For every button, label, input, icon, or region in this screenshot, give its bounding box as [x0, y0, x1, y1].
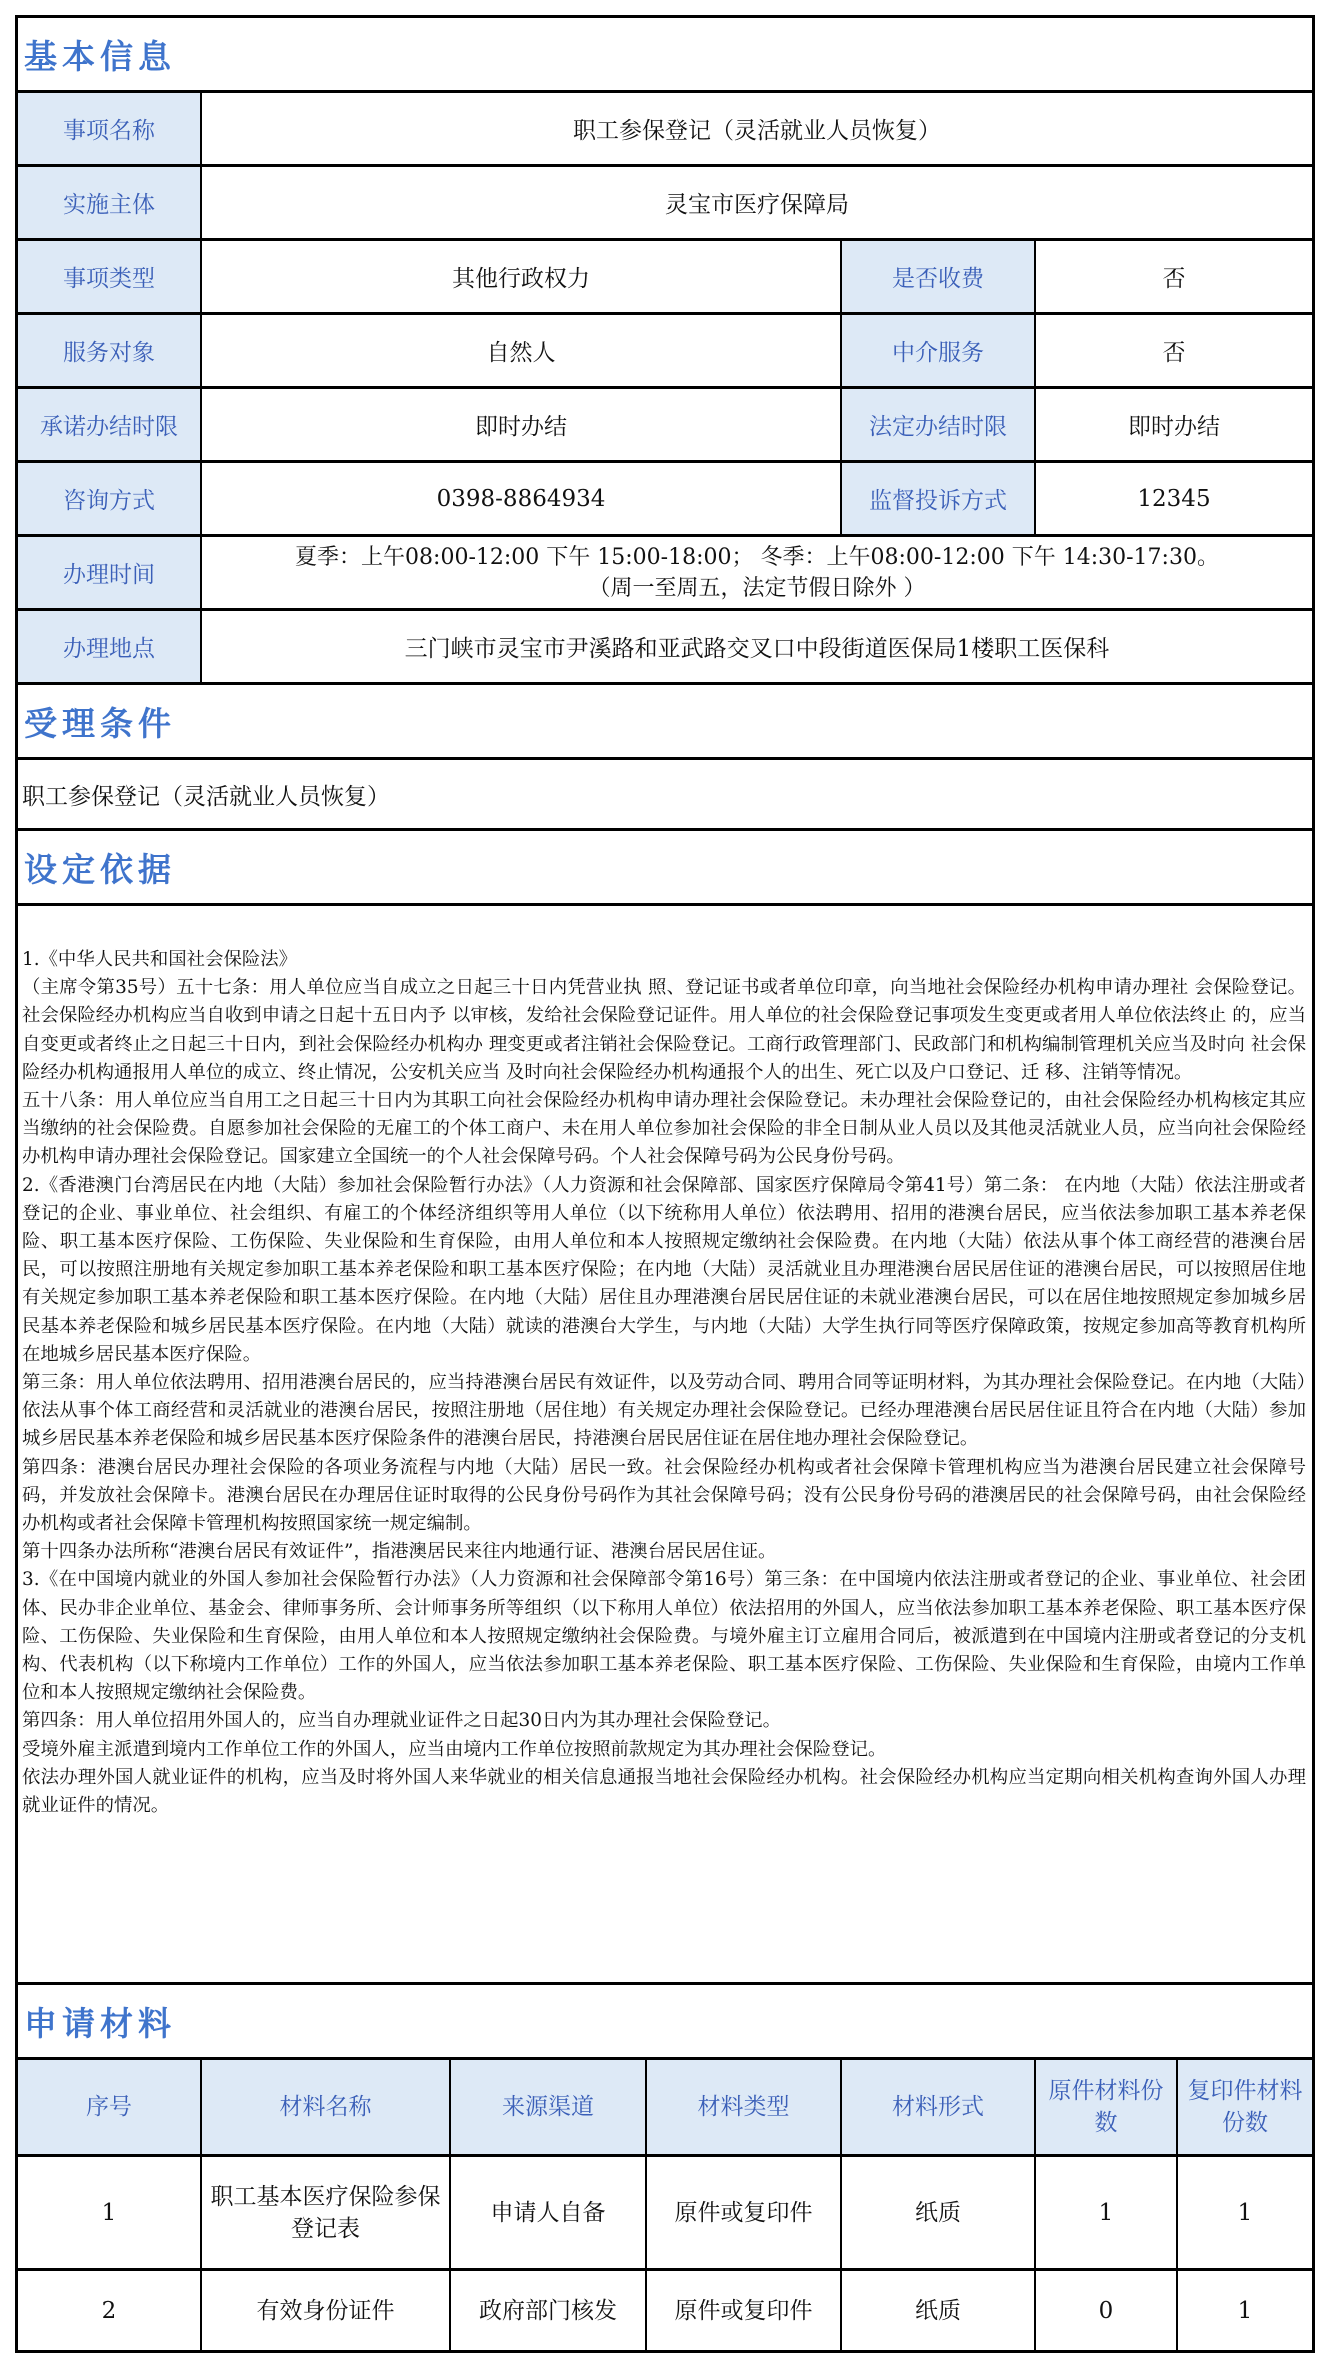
col-header-copies: 复印件材料份数 — [1176, 2060, 1312, 2154]
basis-text: 1.《中华人民共和国社会保险法》 （主席令第35号）五十七条：用人单位应当自成立… — [18, 903, 1312, 1982]
cell-originals: 1 — [1034, 2157, 1176, 2268]
label-promised-limit: 承诺办结时限 — [18, 389, 200, 460]
acceptance-section: 受理条件 职工参保登记（灵活就业人员恢复） — [15, 682, 1315, 828]
service-guide-sheet: 基本信息 事项名称 职工参保登记（灵活就业人员恢复） 实施主体 灵宝市医疗保障局… — [15, 15, 1315, 2353]
col-header-no: 序号 — [18, 2060, 200, 2154]
basis-paragraph: 第十四条办法所称“港澳台居民有效证件”，指港澳居民来往内地通行证、港澳台居民居住… — [22, 1538, 1306, 1566]
cell-name: 职工基本医疗保险参保登记表 — [200, 2157, 449, 2268]
basis-paragraph: 第四条：港澳台居民办理社会保险的各项业务流程与内地（大陆）居民一致。社会保险经办… — [22, 1454, 1306, 1539]
row-contact: 咨询方式 0398-8864934 监督投诉方式 12345 — [18, 460, 1312, 534]
label-implementer: 实施主体 — [18, 167, 200, 238]
label-item-type: 事项类型 — [18, 241, 200, 312]
cell-source: 政府部门核发 — [449, 2271, 645, 2350]
row-location: 办理地点 三门峡市灵宝市尹溪路和亚武路交叉口中段街道医保局1楼职工医保科 — [18, 608, 1312, 682]
value-hours: 夏季：上午08:00-12:00 下午 15:00-18:00； 冬季：上午08… — [200, 537, 1312, 608]
value-item-type: 其他行政权力 — [200, 241, 840, 312]
label-legal-limit: 法定办结时限 — [840, 389, 1034, 460]
acceptance-text: 职工参保登记（灵活就业人员恢复） — [18, 757, 1312, 828]
label-complaint: 监督投诉方式 — [840, 463, 1034, 534]
label-service-target: 服务对象 — [18, 315, 200, 386]
basis-paragraph: 第四条：用人单位招用外国人的，应当自办理就业证件之日起30日内为其办理社会保险登… — [22, 1707, 1306, 1735]
cell-copies: 1 — [1176, 2157, 1312, 2268]
table-row: 2 有效身份证件 政府部门核发 原件或复印件 纸质 0 1 — [18, 2268, 1312, 2350]
value-service-target: 自然人 — [200, 315, 840, 386]
cell-form: 纸质 — [840, 2157, 1034, 2268]
value-promised-limit: 即时办结 — [200, 389, 840, 460]
col-header-originals: 原件材料份数 — [1034, 2060, 1176, 2154]
cell-type: 原件或复印件 — [645, 2157, 840, 2268]
basis-paragraph: 依法办理外国人就业证件的机构，应当及时将外国人来华就业的相关信息通报当地社会保险… — [22, 1764, 1306, 1820]
value-location: 三门峡市灵宝市尹溪路和亚武路交叉口中段街道医保局1楼职工医保科 — [200, 611, 1312, 682]
section-title-basic-info: 基本信息 — [18, 18, 1312, 90]
cell-type: 原件或复印件 — [645, 2271, 840, 2350]
hours-line-1: 夏季：上午08:00-12:00 下午 15:00-18:00； 冬季：上午08… — [295, 542, 1219, 573]
section-title-basis: 设定依据 — [18, 831, 1312, 903]
basis-paragraph: 3.《在中国境内就业的外国人参加社会保险暂行办法》（人力资源和社会保障部令第16… — [22, 1566, 1306, 1707]
col-header-form: 材料形式 — [840, 2060, 1034, 2154]
section-title-materials: 申请材料 — [18, 1985, 1312, 2057]
label-intermediary: 中介服务 — [840, 315, 1034, 386]
row-service-target: 服务对象 自然人 中介服务 否 — [18, 312, 1312, 386]
cell-name: 有效身份证件 — [200, 2271, 449, 2350]
row-implementer: 实施主体 灵宝市医疗保障局 — [18, 164, 1312, 238]
row-item-name: 事项名称 职工参保登记（灵活就业人员恢复） — [18, 90, 1312, 164]
cell-no: 1 — [18, 2157, 200, 2268]
label-item-name: 事项名称 — [18, 93, 200, 164]
value-intermediary: 否 — [1034, 315, 1312, 386]
table-row: 1 职工基本医疗保险参保登记表 申请人自备 原件或复印件 纸质 1 1 — [18, 2154, 1312, 2268]
section-title-acceptance: 受理条件 — [18, 685, 1312, 757]
basis-paragraph: 受境外雇主派遣到境内工作单位工作的外国人，应当由境内工作单位按照前款规定为其办理… — [22, 1736, 1306, 1764]
cell-no: 2 — [18, 2271, 200, 2350]
value-legal-limit: 即时办结 — [1034, 389, 1312, 460]
materials-section: 申请材料 序号 材料名称 来源渠道 材料类型 材料形式 原件材料份数 复印件材料… — [15, 1982, 1315, 2353]
basis-paragraph: （主席令第35号）五十七条：用人单位应当自成立之日起三十日内凭营业执 照、登记证… — [22, 974, 1306, 1087]
value-fee: 否 — [1034, 241, 1312, 312]
value-item-name: 职工参保登记（灵活就业人员恢复） — [200, 93, 1312, 164]
basic-info-section: 基本信息 事项名称 职工参保登记（灵活就业人员恢复） 实施主体 灵宝市医疗保障局… — [15, 15, 1315, 682]
value-implementer: 灵宝市医疗保障局 — [200, 167, 1312, 238]
cell-form: 纸质 — [840, 2271, 1034, 2350]
row-hours: 办理时间 夏季：上午08:00-12:00 下午 15:00-18:00； 冬季… — [18, 534, 1312, 608]
label-location: 办理地点 — [18, 611, 200, 682]
col-header-source: 来源渠道 — [449, 2060, 645, 2154]
row-item-type: 事项类型 其他行政权力 是否收费 否 — [18, 238, 1312, 312]
value-consult-phone: 0398-8864934 — [200, 463, 840, 534]
row-time-limit: 承诺办结时限 即时办结 法定办结时限 即时办结 — [18, 386, 1312, 460]
basis-paragraph: 五十八条：用人单位应当自用工之日起三十日内为其职工向社会保险经办机构申请办理社会… — [22, 1087, 1306, 1172]
label-hours: 办理时间 — [18, 537, 200, 608]
materials-table-header: 序号 材料名称 来源渠道 材料类型 材料形式 原件材料份数 复印件材料份数 — [18, 2057, 1312, 2154]
col-header-name: 材料名称 — [200, 2060, 449, 2154]
cell-copies: 1 — [1176, 2271, 1312, 2350]
cell-source: 申请人自备 — [449, 2157, 645, 2268]
value-complaint-phone: 12345 — [1034, 463, 1312, 534]
cell-originals: 0 — [1034, 2271, 1176, 2350]
basis-paragraph: 2.《香港澳门台湾居民在内地（大陆）参加社会保险暂行办法》（人力资源和社会保障部… — [22, 1172, 1306, 1369]
basis-paragraph: 1.《中华人民共和国社会保险法》 — [22, 946, 1306, 974]
label-consult: 咨询方式 — [18, 463, 200, 534]
col-header-type: 材料类型 — [645, 2060, 840, 2154]
basis-paragraph: 第三条：用人单位依法聘用、招用港澳台居民的，应当持港澳台居民有效证件，以及劳动合… — [22, 1369, 1306, 1454]
basis-section: 设定依据 1.《中华人民共和国社会保险法》 （主席令第35号）五十七条：用人单位… — [15, 828, 1315, 1982]
label-fee: 是否收费 — [840, 241, 1034, 312]
hours-line-2: （周一至周五，法定节假日除外 ） — [589, 573, 926, 604]
